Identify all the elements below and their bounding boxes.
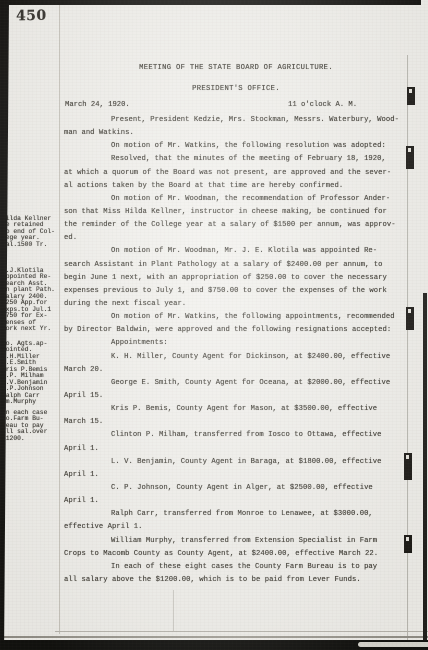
body-text-line: April 1. [64,443,408,456]
scanned-document-page: 450 MEETING OF THE STATE BOARD OF AGRICU… [0,0,428,650]
body-text-line: by Director Baldwin, were approved and t… [64,324,408,337]
body-text-line: Resolved, that the minutes of the meetin… [64,153,408,166]
body-text-line: On motion of Mr. Woodman, Mr. J. E. Klot… [64,245,408,258]
margin-note-kellner: Hilda Kellnerbe retainedto end of Col-le… [2,196,59,248]
page-curl-edge [358,642,428,647]
body-text-line: K. H. Miller, County Agent for Dickinson… [64,351,408,364]
body-text-line: son that Miss Hilda Kellner, instructor … [64,206,408,219]
page-number: 450 [16,8,47,25]
binder-mark-icon [406,146,414,169]
meeting-date: March 24, 1920. [65,101,130,109]
body-text-line: Ralph Carr, transferred from Monroe to L… [64,508,408,521]
margin-note-klotila: E.J.Klotilaappointed Re-search Asst.in p… [2,248,59,333]
body-text-line: George E. Smith, County Agent for Oceana… [64,377,408,390]
body-text-line: C. P. Johnson, County Agent in Alger, at… [64,482,408,495]
body-text-line: March 15. [64,416,408,429]
body-text-line: man and Watkins. [64,127,408,140]
body-text-line: Crops to Macomb County as County Agent, … [64,548,408,561]
fold-crease-line [173,590,174,632]
body-text-line: William Murphy, transferred from Extensi… [64,535,408,548]
meeting-time: 11 o'clock A. M. [288,101,357,109]
body-text-line: begin June 1 next, with an appropriation… [64,272,408,285]
meeting-title: MEETING OF THE STATE BOARD OF AGRICULTUR… [64,64,408,72]
binder-mark-icon [407,87,415,105]
binder-mark-icon [404,453,412,480]
meeting-location: PRESIDENT'S OFFICE. [64,85,408,93]
body-text-line: effective April 1. [64,521,408,534]
body-text-line: expenses previous to July 1, and $750.00… [64,285,408,298]
body-text-line: ed. [64,232,408,245]
body-text-line: April 15. [64,390,408,403]
page-stack-edge-line [0,636,428,638]
body-text-line: Clinton P. Milham, transferred from Iosc… [64,429,408,442]
scan-border-right [423,293,427,645]
margin-rule-line [59,4,60,634]
margin-note-line: $1200. [2,436,59,443]
body-text-line: the reminder of the College year at a sa… [64,219,408,232]
margin-note-farm-bureau: In each caseCo.Farm Bu-reau to payall sa… [2,390,59,442]
body-text-line: April 1. [64,469,408,482]
page-stack-edge-line [55,631,428,632]
body-text-line: during the next fiscal year. [64,298,408,311]
binder-mark-icon [406,307,414,330]
body-text-line: April 1. [64,495,408,508]
body-text-line: In each of these eight cases the County … [64,561,408,574]
body-text-line: On motion of Mr. Watkins, the following … [64,140,408,153]
body-text-line: Appointments: [64,337,408,350]
body-text-line: March 20. [64,364,408,377]
body-text-line: Present, President Kedzie, Mrs. Stockman… [64,114,408,127]
body-text-line: L. V. Benjamin, County Agent in Baraga, … [64,456,408,469]
binder-mark-icon [404,535,412,553]
minutes-body: Present, President Kedzie, Mrs. Stockman… [64,114,408,587]
body-text-line: search Assistant in Plant Pathology at a… [64,259,408,272]
body-text-line: all salary above the $1200.00, which is … [64,574,408,587]
body-text-line: Kris P. Bemis, County Agent for Mason, a… [64,403,408,416]
body-text-line: On motion of Mr. Woodman, the recommenda… [64,193,408,206]
body-text-line: al actions taken by the Board at that ti… [64,180,408,193]
body-text-line: On motion of Mr. Watkins, the following … [64,311,408,324]
scan-border-top [0,0,421,5]
body-text-line: at which a quorum of the Board was not p… [64,167,408,180]
